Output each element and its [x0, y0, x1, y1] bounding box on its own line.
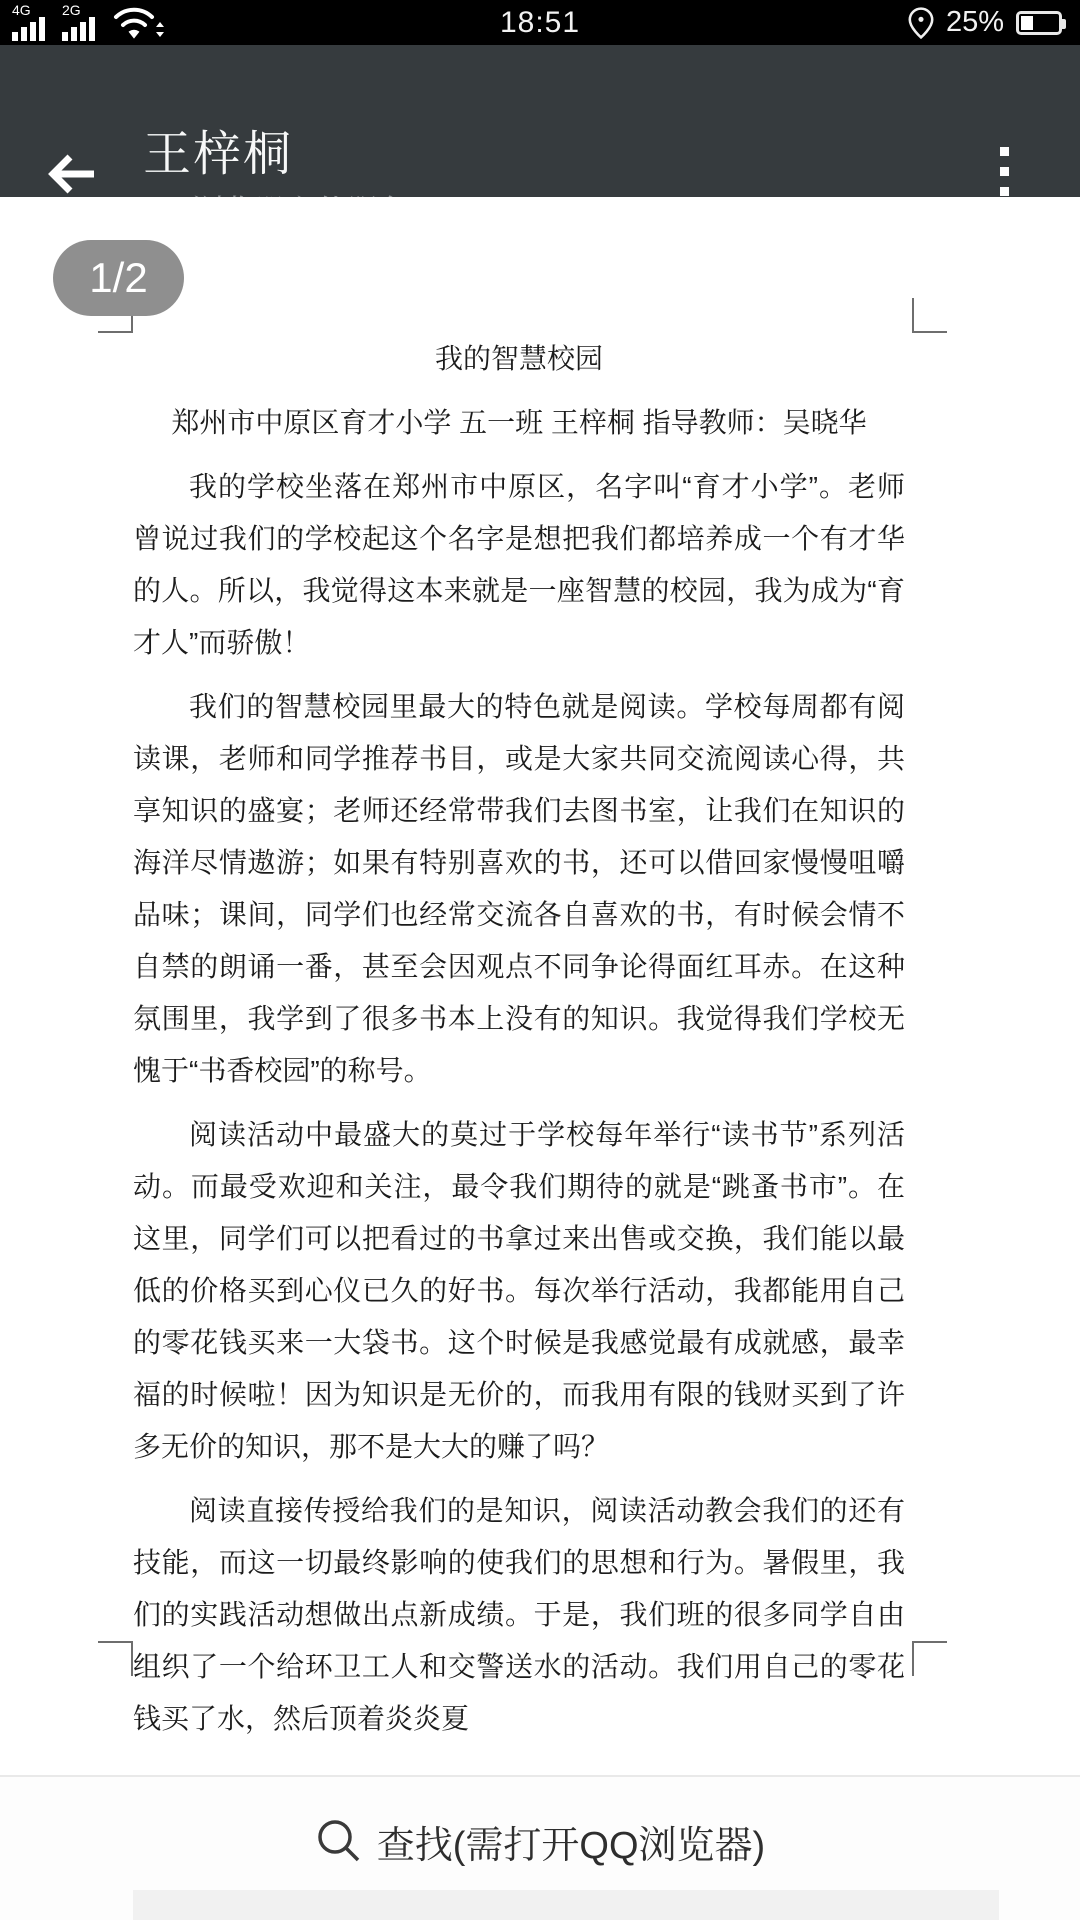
location-pin-icon [908, 7, 934, 39]
document-paragraph: 我们的智慧校园里最大的特色就是阅读。学校每周都有阅读课，老师和同学推荐书目，或是… [133, 681, 905, 1097]
page-indicator-badge: 1/2 [53, 240, 184, 316]
battery-fill [1021, 16, 1033, 30]
battery-nub [1062, 19, 1066, 29]
back-arrow-icon [46, 153, 98, 195]
status-bar: 4G 2G 18:51 [0, 0, 1080, 45]
document-paragraph: 阅读直接传授给我们的是知识，阅读活动教会我们的还有技能，而这一切最终影响的使我们… [133, 1485, 905, 1745]
battery-icon [1016, 11, 1062, 35]
app-header: 王梓桐 QQ浏览器文件服务 [0, 45, 1080, 197]
bottom-toolbar: 查找(需打开QQ浏览器) [0, 1775, 1080, 1920]
document-text: 我的智慧校园 郑州市中原区育才小学 五一班 王梓桐 指导教师：吴晓华 我的学校坐… [133, 333, 905, 1745]
document-paragraph: 我的学校坐落在郑州市中原区，名字叫“育才小学”。老师曾说过我们的学校起这个名字是… [133, 461, 905, 669]
more-menu-dot-icon [1000, 187, 1009, 196]
signal-sim1: 4G [12, 3, 52, 41]
status-left-cluster: 4G 2G [12, 0, 164, 45]
back-button[interactable] [40, 147, 104, 203]
search-icon [315, 1817, 363, 1865]
text-area-corner-mark [98, 1641, 133, 1676]
document-title: 我的智慧校园 [133, 333, 905, 385]
find-in-document-button[interactable]: 查找(需打开QQ浏览器) [0, 1811, 1080, 1871]
sim2-network-label: 2G [62, 3, 81, 17]
text-area-corner-mark [912, 1641, 947, 1676]
status-time: 18:51 [500, 6, 580, 40]
document-byline: 郑州市中原区育才小学 五一班 王梓桐 指导教师：吴晓华 [133, 397, 905, 449]
document-viewer[interactable]: 1/2 我的智慧校园 郑州市中原区育才小学 五一班 王梓桐 指导教师：吴晓华 我… [0, 197, 1080, 1775]
page-indicator-label: 1/2 [89, 254, 147, 302]
signal-bars-icon [12, 17, 52, 41]
wifi-icon [112, 3, 164, 41]
battery-percent-label: 25% [946, 6, 1004, 39]
status-right-cluster: 25% [908, 0, 1062, 45]
page-title: 王梓桐 [143, 115, 293, 184]
signal-sim2: 2G [62, 3, 102, 41]
document-paragraph: 阅读活动中最盛大的莫过于学校每年举行“读书节”系列活动。而最受欢迎和关注，最令我… [133, 1109, 905, 1473]
signal-bars-icon [62, 17, 102, 41]
more-menu-button[interactable] [984, 137, 1024, 205]
text-area-corner-mark [912, 298, 947, 333]
next-sheet-edge [133, 1890, 999, 1920]
more-menu-dot-icon [1000, 147, 1009, 156]
more-menu-dot-icon [1000, 167, 1009, 176]
find-button-label: 查找(需打开QQ浏览器) [377, 1814, 765, 1869]
sim1-network-label: 4G [12, 3, 31, 17]
